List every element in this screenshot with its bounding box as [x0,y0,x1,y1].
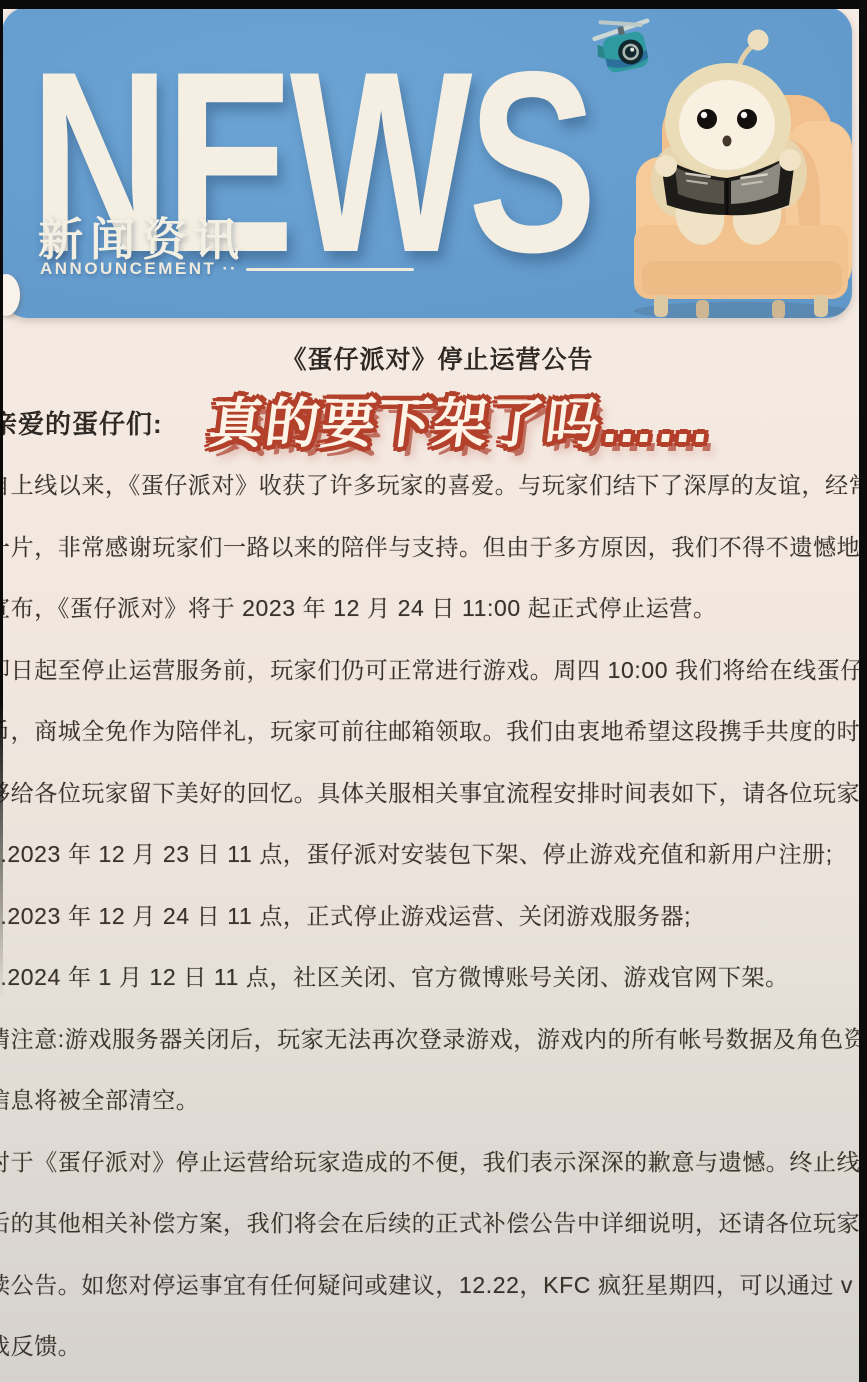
document-line: 2.2023 年 12 月 24 日 11 点，正式停止游戏运营、关闭游戏服务器… [0,886,867,948]
document-line: 宣布，《蛋仔派对》将于 2023 年 12 月 24 日 11:00 起正式停止… [0,578,867,640]
photo-frame-left-edge [0,0,3,1000]
document-line: 我反馈。 [0,1316,867,1378]
banner-underline-rule [246,268,414,271]
slogan-text: 真的要下架了吗…… [187,381,736,458]
document-line: 请注意:游戏服务器关闭后，玩家无法再次登录游戏，游戏内的所有帐号数据及角色资料等 [0,1009,867,1071]
photo-frame-right-edge [859,0,867,1382]
document-line: 够给各位玩家留下美好的回忆。具体关服相关事宜流程安排时间表如下，请各位玩家留意: [0,763,867,825]
photo-frame-top-edge [0,0,867,9]
toy-helicopter-icon [590,10,659,76]
document-line: 币，商城全免作为陪伴礼，玩家可前往邮箱领取。我们由衷地希望这段携手共度的时光，能 [0,701,867,763]
mascot-eggy-armchair-illustration [590,9,852,318]
document-body: 自上线以来，《蛋仔派对》收获了许多玩家的喜爱。与玩家们结下了深厚的友谊，经常打成… [0,455,867,1378]
document-line: 对于《蛋仔派对》停止运营给玩家造成的不便，我们表示深深的歉意与遗憾。终止线上运营 [0,1132,867,1194]
document-line: 即日起至停止运营服务前，玩家们仍可正常进行游戏。周四 10:00 我们将给在线蛋… [0,640,867,702]
document-line: 续公告。如您对停运事宜有任何疑问或建议，12.22，KFC 疯狂星期四，可以通过… [0,1255,867,1317]
document-title: 《蛋仔派对》停止运营公告 [4,340,867,376]
news-banner: NEWS 新闻资讯 ANNOUNCEMENT ·· [2,7,852,318]
document-line: 信息将被全部清空。 [0,1070,867,1132]
document-line: 3.2024 年 1 月 12 日 11 点，社区关闭、官方微博账号关闭、游戏官… [0,947,867,1009]
banner-subtitle-english: ANNOUNCEMENT [40,259,216,279]
banner-subtitle-row: ANNOUNCEMENT ·· [40,259,414,279]
banner-subtitle-dots: ·· [222,259,237,279]
document-line: 1.2023 年 12 月 23 日 11 点，蛋仔派对安装包下架、停止游戏充值… [0,824,867,886]
document-line: 后的其他相关补偿方案，我们将会在后续的正式补偿公告中详细说明，还请各位玩家留意后 [0,1193,867,1255]
document-line: 一片，非常感谢玩家们一路以来的陪伴与支持。但由于多方原因，我们不得不遗憾地向大家 [0,517,867,579]
greeting-text: 亲爱的蛋仔们: [0,404,163,441]
document-line: 自上线以来，《蛋仔派对》收获了许多玩家的喜爱。与玩家们结下了深厚的友谊，经常打成 [0,455,867,517]
